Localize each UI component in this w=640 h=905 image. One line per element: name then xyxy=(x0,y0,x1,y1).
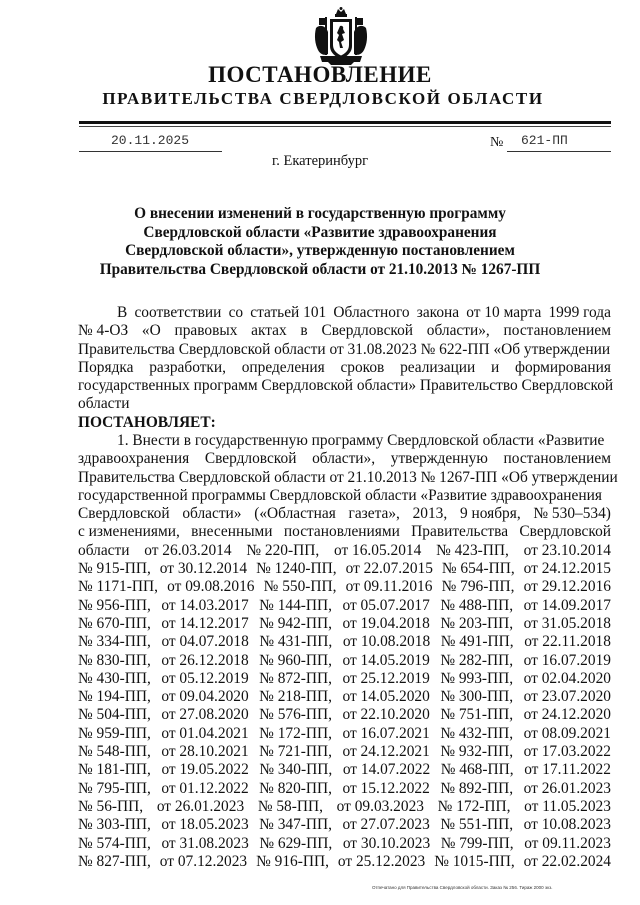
decree-number: № 959-ПП, xyxy=(78,725,151,743)
decree-number: № 282-ПП, xyxy=(440,652,513,670)
document-title: ПОСТАНОВЛЕНИЕ xyxy=(0,62,640,88)
decree-date: от 23.10.2014 xyxy=(524,542,611,560)
amendment-row: № 430-ПП,от 05.12.2019№ 872-ПП,от 25.12.… xyxy=(78,670,611,688)
preamble-line: Правительства Свердловской области от 31… xyxy=(78,341,611,359)
decree-number: № 194-ПП, xyxy=(78,688,151,706)
word: области xyxy=(78,395,129,413)
decree-number: № 432-ПП, xyxy=(440,725,513,743)
decree-number: № 347-ПП, xyxy=(259,816,332,834)
decree-date: от 14.05.2019 xyxy=(342,652,429,670)
number-label: № xyxy=(490,135,503,151)
decree-number: № 423-ПП, xyxy=(436,542,509,560)
decree-date: от 02.04.2020 xyxy=(524,670,611,688)
word: и xyxy=(491,359,499,377)
word: В xyxy=(117,304,127,322)
decree-date: от 09.08.2016 xyxy=(167,578,254,596)
decree-date: от 29.12.2016 xyxy=(524,578,611,596)
word: «О xyxy=(142,322,161,340)
decree-date: от 10.08.2023 xyxy=(524,816,611,834)
subject-line: Свердловской области «Развитие здравоохр… xyxy=(60,224,580,243)
word: Правительства Свердловской области от 21… xyxy=(78,469,618,487)
decree-number: № 218-ПП, xyxy=(259,688,332,706)
decree-date: от 18.05.2023 xyxy=(161,816,248,834)
preamble: Всоответствиисостатьей 101Областногозако… xyxy=(78,304,611,432)
decree-date: от 30.12.2014 xyxy=(160,560,247,578)
decree-date: от 07.12.2023 xyxy=(160,853,247,871)
word: области» xyxy=(182,505,241,523)
decree-number: № 795-ПП, xyxy=(78,780,151,798)
amendment-row: № 574-ПП,от 31.08.2023№ 629-ПП,от 30.10.… xyxy=(78,835,611,853)
item-line: 1. Внести в государственную программу Св… xyxy=(78,432,611,450)
decree-date: от 10.08.2018 xyxy=(343,633,430,651)
decree-number: № 430-ПП, xyxy=(78,670,151,688)
amendments-list: областиот 26.03.2014№ 220-ПП,от 16.05.20… xyxy=(78,542,611,871)
amendment-row: № 959-ПП,от 01.04.2021№ 172-ПП,от 16.07.… xyxy=(78,725,611,743)
decree-date: от 26.01.2023 xyxy=(524,780,611,798)
word: Правительства Свердловской области от 31… xyxy=(78,341,610,359)
decree-date: от 11.05.2023 xyxy=(524,798,611,816)
amendment-row: № 830-ПП,от 26.12.2018№ 960-ПП,от 14.05.… xyxy=(78,652,611,670)
decree-number: № 916-ПП, xyxy=(256,853,329,871)
decree-number: № 721-ПП, xyxy=(259,743,332,761)
decree-number: № 629-ПП, xyxy=(259,835,332,853)
decree-date: от 28.10.2021 xyxy=(161,743,248,761)
coat-of-arms-icon xyxy=(314,6,368,66)
decree-word: ПОСТАНОВЛЯЕТ: xyxy=(78,414,611,432)
decree-date: от 22.02.2024 xyxy=(524,853,611,871)
decree-number: № 468-ПП, xyxy=(441,761,514,779)
decree-date: от 27.08.2020 xyxy=(161,706,248,724)
word: («Областная xyxy=(254,505,336,523)
decree-date: от 16.07.2019 xyxy=(524,652,611,670)
decree-date: от 08.09.2021 xyxy=(524,725,611,743)
word: статьей 101 xyxy=(250,304,326,322)
decree-date: от 25.12.2023 xyxy=(338,853,425,871)
decree-number: № 203-ПП, xyxy=(440,615,513,633)
item-line: здравоохраненияСвердловскойобласти»,утве… xyxy=(78,450,611,468)
word: области», xyxy=(312,450,375,468)
word: 9 ноября, xyxy=(460,505,521,523)
decree-number: № 830-ПП, xyxy=(78,652,151,670)
decree-number: № 181-ПП, xyxy=(78,761,151,779)
decree-date: от 27.07.2023 xyxy=(342,816,429,834)
word: внесенными xyxy=(191,523,272,541)
amendment-row: № 1171-ПП,от 09.08.2016№ 550-ПП,от 09.11… xyxy=(78,578,611,596)
word: области», xyxy=(427,322,490,340)
word: государственных программ Свердловской об… xyxy=(78,377,613,395)
subject-line: О внесении изменений в государственную п… xyxy=(60,205,580,224)
decree-number: № 799-ПП, xyxy=(441,835,514,853)
item-line: Правительства Свердловской области от 21… xyxy=(78,469,611,487)
decree-date: от 23.07.2020 xyxy=(524,688,611,706)
decree-number: № 993-ПП, xyxy=(440,670,513,688)
document-date: 20.11.2025 xyxy=(111,133,189,148)
word: правовых xyxy=(174,322,237,340)
decree-date: от 09.11.2023 xyxy=(524,835,611,853)
word: формирования xyxy=(515,359,611,377)
decree-number: № 491-ПП, xyxy=(441,633,514,651)
decree-date: от 26.01.2023 xyxy=(157,798,244,816)
decree-number: № 172-ПП, xyxy=(259,725,332,743)
decree-number: № 956-ПП, xyxy=(78,597,151,615)
decree-number: № 576-ПП, xyxy=(259,706,332,724)
decree-date: от 04.07.2018 xyxy=(161,633,248,651)
word: утвержденную xyxy=(391,450,488,468)
header-rule-thin xyxy=(79,126,611,127)
decree-number: № 654-ПП, xyxy=(442,560,515,578)
decree-date: от 17.11.2022 xyxy=(524,761,611,779)
decree-date: от 09.03.2023 xyxy=(337,798,424,816)
decree-number: № 548-ПП, xyxy=(78,743,151,761)
decree-date: от 24.12.2015 xyxy=(524,560,611,578)
decree-date: от 24.12.2021 xyxy=(342,743,429,761)
word: области xyxy=(78,542,129,560)
decree-date: от 09.11.2016 xyxy=(346,578,433,596)
amendment-row: № 915-ПП,от 30.12.2014№ 1240-ПП,от 22.07… xyxy=(78,560,611,578)
decree-number: № 915-ПП, xyxy=(78,560,151,578)
decree-date: от 09.04.2020 xyxy=(161,688,248,706)
decree-date: от 22.11.2018 xyxy=(524,633,611,651)
word: Правительства xyxy=(411,523,508,541)
preamble-line: государственных программ Свердловской об… xyxy=(78,377,611,395)
word: 1. Внести в государственную программу Св… xyxy=(117,432,604,450)
decree-number: № 1171-ПП, xyxy=(78,578,158,596)
word: актах xyxy=(251,322,287,340)
document-page: ПОСТАНОВЛЕНИЕ ПРАВИТЕЛЬСТВА СВЕРДЛОВСКОЙ… xyxy=(0,0,640,905)
decree-date: от 19.04.2018 xyxy=(342,615,429,633)
word: постановлением xyxy=(504,322,611,340)
decree-number: № 334-ПП, xyxy=(78,633,151,651)
word: определения xyxy=(242,359,325,377)
amendment-row: № 956-ПП,от 14.03.2017№ 144-ПП,от 05.07.… xyxy=(78,597,611,615)
decree-number: № 932-ПП, xyxy=(440,743,513,761)
word: со xyxy=(229,304,244,322)
amendment-row: областиот 26.03.2014№ 220-ПП,от 16.05.20… xyxy=(78,542,611,560)
preamble-line: области xyxy=(78,395,611,413)
decree-date: от 14.12.2017 xyxy=(161,615,248,633)
decree-date: от 26.12.2018 xyxy=(161,652,248,670)
decree-number: № 488-ПП, xyxy=(440,597,513,615)
decree-number: № 550-ПП, xyxy=(264,578,337,596)
decree-date: от 05.12.2019 xyxy=(161,670,248,688)
decree-date: от 14.07.2022 xyxy=(343,761,430,779)
decree-number: № 1240-ПП, xyxy=(256,560,337,578)
decree-number: № 1015-ПП, xyxy=(434,853,515,871)
number-field: 621-ПП xyxy=(507,133,611,152)
header-rule xyxy=(79,121,611,124)
decree-number: № 892-ПП, xyxy=(440,780,513,798)
decree-number: № 303-ПП, xyxy=(78,816,151,834)
item-line: с изменениями,внесеннымипостановлениямиП… xyxy=(78,523,611,541)
word: 1999 года xyxy=(548,304,610,322)
decree-number: № 872-ПП, xyxy=(259,670,332,688)
decree-number: № 172-ПП, xyxy=(438,798,511,816)
preamble-line: Всоответствиисостатьей 101Областногозако… xyxy=(78,304,611,322)
amendment-row: № 334-ПП,от 04.07.2018№ 431-ПП,от 10.08.… xyxy=(78,633,611,651)
word: с изменениями, xyxy=(78,523,180,541)
word: Свердловской xyxy=(519,523,611,541)
word: 2013, xyxy=(413,505,448,523)
decree-number: № 751-ПП, xyxy=(440,706,513,724)
decree-number: № 300-ПП, xyxy=(440,688,513,706)
decree-number: № 58-ПП, xyxy=(258,798,323,816)
word: Свердловской xyxy=(321,322,413,340)
decree-date: от 15.12.2022 xyxy=(342,780,429,798)
decree-date: от 25.12.2019 xyxy=(342,670,429,688)
word: сроков xyxy=(340,359,384,377)
word: газета», xyxy=(349,505,400,523)
decree-date: от 14.09.2017 xyxy=(524,597,611,615)
decree-date: от 24.12.2020 xyxy=(524,706,611,724)
decree-date: от 01.12.2022 xyxy=(161,780,248,798)
decree-number: № 796-ПП, xyxy=(442,578,515,596)
item-line: государственной программы Свердловской о… xyxy=(78,487,611,505)
decree-number: № 670-ПП, xyxy=(78,615,151,633)
decree-date: от 14.03.2017 xyxy=(161,597,248,615)
word: от 10 марта xyxy=(466,304,541,322)
item-line: Свердловскойобласти»(«Областнаягазета»,2… xyxy=(78,505,611,523)
decree-date: от 19.05.2022 xyxy=(161,761,248,779)
word: постановлением xyxy=(504,450,611,468)
amendment-row: № 303-ПП,от 18.05.2023№ 347-ПП,от 27.07.… xyxy=(78,816,611,834)
word: закона xyxy=(417,304,459,322)
decree-date: от 05.07.2017 xyxy=(342,597,429,615)
item-1: 1. Внести в государственную программу Св… xyxy=(78,432,611,871)
word: здравоохранения xyxy=(78,450,189,468)
word: реализации xyxy=(400,359,475,377)
word: постановлениями xyxy=(284,523,400,541)
decree-number: № 340-ПП, xyxy=(259,761,332,779)
decree-number: № 574-ПП, xyxy=(78,835,151,853)
word: Порядка xyxy=(78,359,134,377)
word: Областного xyxy=(333,304,409,322)
decree-number: № 942-ПП, xyxy=(259,615,332,633)
decree-date: от 16.05.2014 xyxy=(334,542,421,560)
decree-number: № 820-ПП, xyxy=(259,780,332,798)
word: Свердловской xyxy=(205,450,297,468)
amendment-row: № 670-ПП,от 14.12.2017№ 942-ПП,от 19.04.… xyxy=(78,615,611,633)
preamble-line: № 4-ОЗ«ОправовыхактахвСвердловскойобласт… xyxy=(78,322,611,340)
decree-date: от 31.08.2023 xyxy=(161,835,248,853)
word: государственной программы Свердловской о… xyxy=(78,487,602,505)
decree-number: № 551-ПП, xyxy=(440,816,513,834)
amendment-row: № 56-ПП,от 26.01.2023№ 58-ПП,от 09.03.20… xyxy=(78,798,611,816)
word: № 530–534) xyxy=(533,505,611,523)
document-number: 621-ПП xyxy=(521,133,568,148)
amendment-row: № 795-ПП,от 01.12.2022№ 820-ПП,от 15.12.… xyxy=(78,780,611,798)
date-field: 20.11.2025 xyxy=(79,133,222,152)
decree-number: № 504-ПП, xyxy=(78,706,151,724)
decree-date: от 31.05.2018 xyxy=(524,615,611,633)
amendment-row: № 504-ПП,от 27.08.2020№ 576-ПП,от 22.10.… xyxy=(78,706,611,724)
decree-number: № 220-ПП, xyxy=(246,542,319,560)
decree-date: от 26.03.2014 xyxy=(144,542,231,560)
amendment-row: № 827-ПП,от 07.12.2023№ 916-ПП,от 25.12.… xyxy=(78,853,611,871)
amendment-row: № 548-ПП,от 28.10.2021№ 721-ПП,от 24.12.… xyxy=(78,743,611,761)
amendment-row: № 194-ПП,от 09.04.2020№ 218-ПП,от 14.05.… xyxy=(78,688,611,706)
decree-number: № 827-ПП, xyxy=(78,853,151,871)
amendment-row: № 181-ПП,от 19.05.2022№ 340-ПП,от 14.07.… xyxy=(78,761,611,779)
print-note: Отпечатано для Правительства Свердловско… xyxy=(372,885,553,890)
decree-number: № 431-ПП, xyxy=(259,633,332,651)
decree-date: от 30.10.2023 xyxy=(343,835,430,853)
decree-number: № 56-ПП, xyxy=(78,798,143,816)
decree-date: от 14.05.2020 xyxy=(342,688,429,706)
decree-number: № 960-ПП, xyxy=(259,652,332,670)
word: № 4-ОЗ xyxy=(78,322,128,340)
decree-date: от 22.07.2015 xyxy=(346,560,433,578)
decree-date: от 22.10.2020 xyxy=(342,706,429,724)
decree-date: от 17.03.2022 xyxy=(524,743,611,761)
decree-number: № 144-ПП, xyxy=(259,597,332,615)
subject-line: Свердловской области», утвержденную пост… xyxy=(60,242,580,261)
subject-line: Правительства Свердловской области от 21… xyxy=(60,261,580,280)
word: разработки, xyxy=(149,359,226,377)
document-issuer: ПРАВИТЕЛЬСТВА СВЕРДЛОВСКОЙ ОБЛАСТИ xyxy=(0,89,640,109)
preamble-line: Порядкаразработки,определениясроковреали… xyxy=(78,359,611,377)
decree-date: от 16.07.2021 xyxy=(342,725,429,743)
word: в xyxy=(300,322,307,340)
word: Свердловской xyxy=(78,505,170,523)
word: соответствии xyxy=(134,304,221,322)
decree-date: от 01.04.2021 xyxy=(161,725,248,743)
document-subject: О внесении изменений в государственную п… xyxy=(60,205,580,279)
issue-city: г. Екатеринбург xyxy=(0,153,640,170)
